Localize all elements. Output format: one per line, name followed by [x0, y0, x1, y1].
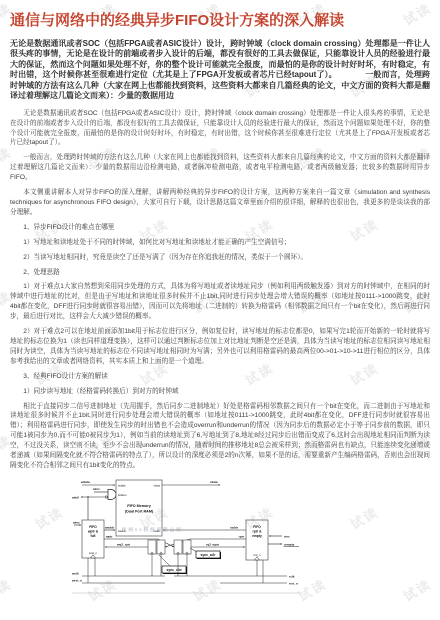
read-block-line2: rptr &: [253, 529, 263, 533]
document-page: 通信与网络中的经典异步FIFO设计方案的深入解读 无论是数据通讯或者SOC（包括…: [0, 0, 440, 620]
signal-label-waddr: waddr: [104, 525, 115, 529]
write-pointer-block: FIFO wptr & full wrst_n: [82, 520, 104, 558]
subsection-heading-1: 1）同步读写地址（经格雷码转换后）到对方的时钟域: [10, 387, 430, 397]
section-heading-1: 1、异步FIFO设计的难点在哪里: [10, 223, 430, 233]
read-block-line3: empty: [252, 534, 262, 538]
memory-title-line1: FIFO Memory: [127, 504, 152, 508]
signal-label-wclk: wclk: [71, 571, 79, 575]
company-watermark: 杭州××科技有限公司: [121, 526, 183, 533]
sync-w2r-tag: sync_w2r: [190, 548, 221, 559]
section-heading-3: 3、经典FIFO设计方案的解读: [10, 372, 430, 382]
read-block-line1: FIFO: [253, 525, 261, 529]
methods-paragraph: 一般而言，处理跨时钟域的方法有这么几种（大家在网上也都能找到资料，这些资料大都来…: [10, 153, 430, 183]
fifo-block-diagram: wdata rdata winc wfull wdata rdata wclke…: [70, 476, 430, 595]
write-block-line1: FIFO: [89, 525, 97, 529]
fifo-diagram-svg: wdata rdata winc wfull wdata rdata wclke…: [70, 476, 302, 595]
signal-label-rq2-wptr: rq2_wptr: [206, 542, 220, 546]
signal-label-rdata: rdata: [210, 480, 218, 484]
page-title: 通信与网络中的经典异步FIFO设计方案的深入解读: [10, 12, 430, 31]
approach-item-2: 2）对于难点2可以在地址前面添加1bit用于标志位进行区分，例如复位时，读写地址…: [10, 327, 430, 367]
signal-label-rrst-n: rrst_n: [289, 581, 298, 585]
write-block-line3: full: [91, 534, 96, 538]
write-block-reset-label: wrst_n: [89, 551, 98, 555]
memory-title-line2: (Dual Port RAM): [125, 509, 154, 513]
lead-paragraph: 无论是数据通讯或者SOC（包括FPGA或者ASIC设计）设计，跨时钟域（cloc…: [10, 39, 430, 102]
sync-w2r-module: [174, 540, 191, 554]
signal-label-wrst-n: wrst_n: [71, 578, 82, 582]
article-content: 通信与网络中的经典异步FIFO设计方案的深入解读 无论是数据通讯或者SOC（包括…: [0, 0, 440, 595]
signal-label-rinc: rinc: [284, 534, 290, 538]
signal-label-wq2-rptr: wq2_rptr: [116, 542, 131, 546]
and-gate: [108, 489, 116, 499]
signal-label-rptr: rptr: [239, 534, 245, 538]
sync-r2w-module: [148, 540, 165, 554]
signal-label-winc: winc: [72, 520, 80, 524]
signal-label-rempty: rempty: [284, 542, 295, 546]
write-block-line2: wptr &: [87, 529, 99, 533]
approach-item-1: 1）对于难点1大家自然想到采用同步处理的方式，具体为将写地址或者读地址同步（例如…: [10, 282, 430, 322]
signal-label-wfull: wfull: [71, 495, 79, 499]
signal-label-wptr: wptr: [105, 534, 113, 538]
section-heading-2: 2、处理思路: [10, 268, 430, 278]
port-label-wdata: wdata: [118, 483, 126, 487]
signal-label-wdata: wdata: [80, 480, 90, 484]
read-pointer-block: FIFO rptr & empty rrst_n: [246, 520, 268, 560]
gray-code-analysis-paragraph: 相比于直接同步二信号进制地址（先用握手，然后同步二进制地址）好处是格雷码相邻数据…: [10, 402, 430, 471]
sync-r2w-tag: sync_r2w: [159, 555, 187, 574]
svg-text:sync_w2r: sync_w2r: [200, 553, 216, 557]
difficulty-item-2: 2）当读写地址相同时，究竟是读空了还是写满了（因为存在你追我赶的情况，类似于一个…: [10, 253, 430, 263]
signal-label-rclk: rclk: [289, 574, 295, 578]
signal-label-raddr: raddr: [230, 525, 239, 529]
signal-label-winc-top: winc: [92, 487, 100, 491]
reference-paragraph: 本文侧重讲解本人对异步FIFO的深入理解，讲解两种经典的异步FIFO的设计方案，…: [10, 188, 430, 218]
difficulty-item-1: 1）写地址和读地址处于不同的时钟域，如何比对写地址和读地址才能正确的产生空满信号…: [10, 238, 430, 248]
read-block-reset-label: rrst_n: [253, 553, 261, 557]
port-label-rdata: rdata: [154, 483, 161, 487]
intro-paragraph: 无论是数据通讯或者SOC（包括FPGA或者ASIC设计）设计，跨时钟域（cloc…: [10, 109, 430, 149]
inverter-bubble: [105, 496, 107, 498]
port-label-wclken: wclken: [118, 493, 127, 497]
svg-text:sync_r2w: sync_r2w: [166, 568, 181, 572]
